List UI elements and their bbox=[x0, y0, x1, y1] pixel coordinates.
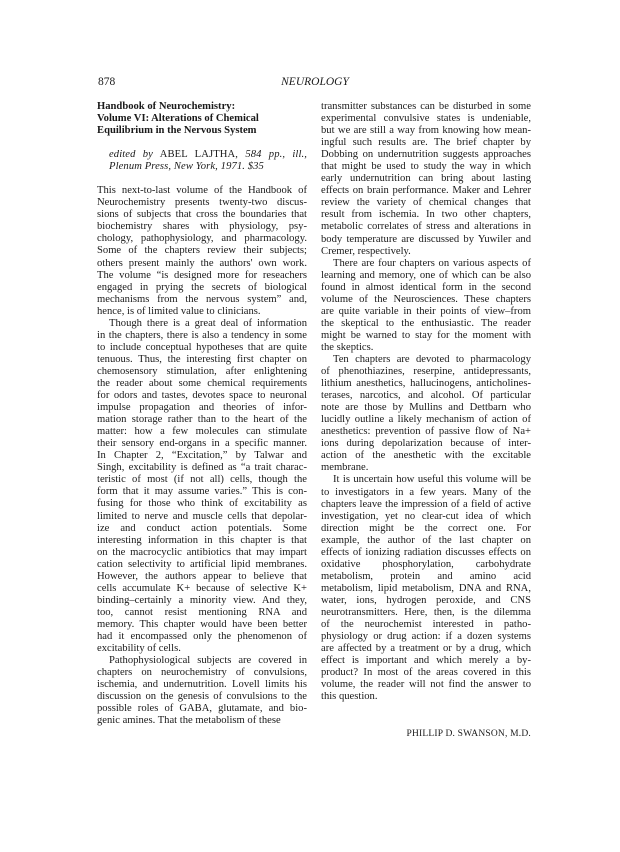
title-line: Volume VI: Alterations of Chemical bbox=[97, 113, 307, 125]
review-title: Handbook of Neurochemistry: Volume VI: A… bbox=[97, 101, 307, 137]
text-line: lucidly outline a likely mechanism of ac… bbox=[321, 414, 531, 426]
text-line: biochemistry shares with physiology, psy… bbox=[97, 221, 307, 233]
text-line: ions during depolarization because of in… bbox=[321, 438, 531, 450]
text-line: terases, narcotics, and alcohol. Of part… bbox=[321, 390, 531, 402]
text-line: body temperature are discussed by Yuwile… bbox=[321, 234, 531, 246]
text-line: others present mainly the authors' own w… bbox=[97, 258, 307, 270]
text-line: physiology or drug action: if a dozen sy… bbox=[321, 631, 531, 643]
paragraph: Ten chapters are devoted to pharmacology… bbox=[321, 354, 531, 474]
publisher: Plenum Press, New York, 1971. $35 bbox=[109, 161, 264, 172]
text-line: chapters on neurochemistry of convulsion… bbox=[97, 667, 307, 679]
paragraph: Though there is a great deal of informat… bbox=[97, 318, 307, 655]
text-line: too, cannot resist mentioning RNA and bbox=[97, 607, 307, 619]
paragraph: This next-to-last volume of the Handbook… bbox=[97, 185, 307, 318]
text-line: engaged in prying the secrets of biologi… bbox=[97, 282, 307, 294]
text-line: ischemia, and undernutrition. Lovell lim… bbox=[97, 679, 307, 691]
text-line: Singh, excitability is defined as “a tra… bbox=[97, 462, 307, 474]
text-line: tenuous. Thus, the interesting first cha… bbox=[97, 354, 307, 366]
text-line: neurotransmitters. Here, then, is the di… bbox=[321, 607, 531, 619]
text-line: investigation, yet no clear-cut idea of … bbox=[321, 511, 531, 523]
text-line: chapters leave the impression of a field… bbox=[321, 499, 531, 511]
left-column: Handbook of Neurochemistry: Volume VI: A… bbox=[97, 101, 307, 727]
text-line: It is uncertain how useful this volume w… bbox=[321, 474, 531, 486]
text-line: to include conceptual hypotheses that ar… bbox=[97, 342, 307, 354]
text-line: to investigators in a few years. Many of… bbox=[321, 487, 531, 499]
paragraph: transmitter substances can be disturbed … bbox=[321, 101, 531, 258]
right-column: transmitter substances can be disturbed … bbox=[321, 101, 531, 740]
text-line: This next-to-last volume of the Handbook… bbox=[97, 185, 307, 197]
text-line: chology, pathophysiology, and pharmacolo… bbox=[97, 233, 307, 245]
text-line: matter: how a few molecules can stimulat… bbox=[97, 426, 307, 438]
text-line: had it encompassed only the phenomenon o… bbox=[97, 631, 307, 643]
running-head: NEUROLOGY bbox=[0, 76, 620, 88]
text-line: learning and memory, one of which can be… bbox=[321, 270, 531, 282]
text-line: Though there is a great deal of informat… bbox=[97, 318, 307, 330]
text-line: ingful such results are. The brief chapt… bbox=[321, 137, 531, 149]
text-line: note are those by Mullins and Dettbarn w… bbox=[321, 402, 531, 414]
text-line: found in almost identical form in the se… bbox=[321, 282, 531, 294]
text-line: product? In most of the areas covered in… bbox=[321, 667, 531, 679]
text-line: genic amines. That the metabolism of the… bbox=[97, 715, 307, 727]
text-line: early undernutrition can bring about las… bbox=[321, 173, 531, 185]
text-line: direction might be the correct one. For bbox=[321, 523, 531, 535]
text-line: memory. This chapter would have been bet… bbox=[97, 619, 307, 631]
text-line: metabolic correlates of stress and alter… bbox=[321, 221, 531, 233]
text-line: result from ischemia. In two other chapt… bbox=[321, 209, 531, 221]
text-line: interesting information in this chapter … bbox=[97, 535, 307, 547]
text-line: membrane. bbox=[321, 462, 531, 474]
citation: edited by ABEL LAJTHA, 584 pp., ill., Pl… bbox=[109, 149, 307, 173]
text-line: fusing for those who think of excitabili… bbox=[97, 498, 307, 510]
text-line: form that it may assume varies.” This is… bbox=[97, 486, 307, 498]
text-line: of the neurochemist interested in patho- bbox=[321, 619, 531, 631]
text-line: cation selectivity to artificial lipid m… bbox=[97, 559, 307, 571]
text-line: chemosensory stimulation, after enlighte… bbox=[97, 366, 307, 378]
text-line: Ten chapters are devoted to pharmacology bbox=[321, 354, 531, 366]
text-line: excitability of cells. bbox=[97, 643, 307, 655]
text-line: sions of subjects that cross the boundar… bbox=[97, 209, 307, 221]
text-line: teristic of most (if not all) cells, tho… bbox=[97, 474, 307, 486]
text-line: anesthetics: prevention of passive flow … bbox=[321, 426, 531, 438]
text-line: There are four chapters on various aspec… bbox=[321, 258, 531, 270]
text-line: oxidative phosphorylation, carbohydrate bbox=[321, 559, 531, 571]
text-line: Dobbing on undernutrition suggests appro… bbox=[321, 149, 531, 161]
text-line: water, ions, hydrogen peroxide, and CNS bbox=[321, 595, 531, 607]
paragraph: Pathophysiological subjects are covered … bbox=[97, 655, 307, 727]
text-line: mation storage rather than to the heart … bbox=[97, 414, 307, 426]
text-line: are affected by a treatment or by a drug… bbox=[321, 643, 531, 655]
text-line: example, the author of the last chapter … bbox=[321, 535, 531, 547]
text-line: impulse propagation and theories of info… bbox=[97, 402, 307, 414]
text-line: the reader about some chemical requireme… bbox=[97, 378, 307, 390]
title-line: Equilibrium in the Nervous System bbox=[97, 125, 307, 137]
text-line: this question. bbox=[321, 691, 531, 703]
title-line: Handbook of Neurochemistry: bbox=[97, 101, 307, 113]
text-line: discussion on the genesis of convulsions… bbox=[97, 691, 307, 703]
citation-line-1: edited by ABEL LAJTHA, 584 pp., ill., bbox=[109, 149, 307, 161]
text-line: experimental convulsive states is undeni… bbox=[321, 113, 531, 125]
text-line: effect is important and which merely a b… bbox=[321, 655, 531, 667]
text-line: metabolism, lipid metabolism, DNA and RN… bbox=[321, 583, 531, 595]
text-line: action of the anesthetic with the excita… bbox=[321, 450, 531, 462]
text-line: ize and conduct action potentials. Some bbox=[97, 523, 307, 535]
text-line: mechanisms from the nervous system” and, bbox=[97, 294, 307, 306]
edited-by: edited by bbox=[109, 149, 153, 160]
text-line: effects on brain performance. Maker and … bbox=[321, 185, 531, 197]
editor-name: ABEL LAJTHA, bbox=[160, 149, 238, 160]
text-line: the skeptics. bbox=[321, 342, 531, 354]
text-line: The volume “is designed more for reseach… bbox=[97, 270, 307, 282]
citation-details: 584 pp., ill., bbox=[245, 149, 307, 160]
paragraph: It is uncertain how useful this volume w… bbox=[321, 474, 531, 703]
text-line: In Chapter 2, “Excitation,” by Talwar an… bbox=[97, 450, 307, 462]
text-line: review the variety of chemical changes t… bbox=[321, 197, 531, 209]
text-line: transmitter substances can be disturbed … bbox=[321, 101, 531, 113]
text-line: volume, the reader will not find the ans… bbox=[321, 679, 531, 691]
text-line: Cremer, respectively. bbox=[321, 246, 531, 258]
text-line: might be warned to stay for the moment w… bbox=[321, 330, 531, 342]
text-line: their sensory end-organs in a specific m… bbox=[97, 438, 307, 450]
text-line: Pathophysiological subjects are covered … bbox=[97, 655, 307, 667]
text-line: but we are still a way from knowing how … bbox=[321, 125, 531, 137]
text-line: possible roles of GABA, glutamate, and b… bbox=[97, 703, 307, 715]
text-line: Some of the chapters review their subjec… bbox=[97, 245, 307, 257]
paragraph: There are four chapters on various aspec… bbox=[321, 258, 531, 354]
text-line: binding–certainly a minority view. And t… bbox=[97, 595, 307, 607]
text-line: the skeptical to the enthusiastic. The r… bbox=[321, 318, 531, 330]
text-line: metabolism, protein and amino acid bbox=[321, 571, 531, 583]
text-line: effects of ionizing radiation discusses … bbox=[321, 547, 531, 559]
text-line: lithium anesthetics, hallucinogens, anti… bbox=[321, 378, 531, 390]
text-line: that might be used to study the way in w… bbox=[321, 161, 531, 173]
text-line: Neurochemistry presents twenty-two discu… bbox=[97, 197, 307, 209]
text-line: cells accumulate K+ because of selective… bbox=[97, 583, 307, 595]
text-line: in the chapters, there is also a tendenc… bbox=[97, 330, 307, 342]
text-line: hence, is of limited value to clinicians… bbox=[97, 306, 307, 318]
citation-line-2: Plenum Press, New York, 1971. $35 bbox=[109, 161, 307, 173]
text-line: are quite variable in their points of vi… bbox=[321, 306, 531, 318]
reviewer-signature: PHILLIP D. SWANSON, M.D. bbox=[321, 728, 531, 740]
text-line: limited to nerve and muscle cells that d… bbox=[97, 511, 307, 523]
text-line: volume of the Neurosciences. These chapt… bbox=[321, 294, 531, 306]
text-line: of phenothiazines, reserpine, antidepres… bbox=[321, 366, 531, 378]
text-line: on the macrocyclic antibiotics that may … bbox=[97, 547, 307, 559]
text-line: However, the authors appear to believe t… bbox=[97, 571, 307, 583]
text-line: for odors and tastes, devotes space to n… bbox=[97, 390, 307, 402]
